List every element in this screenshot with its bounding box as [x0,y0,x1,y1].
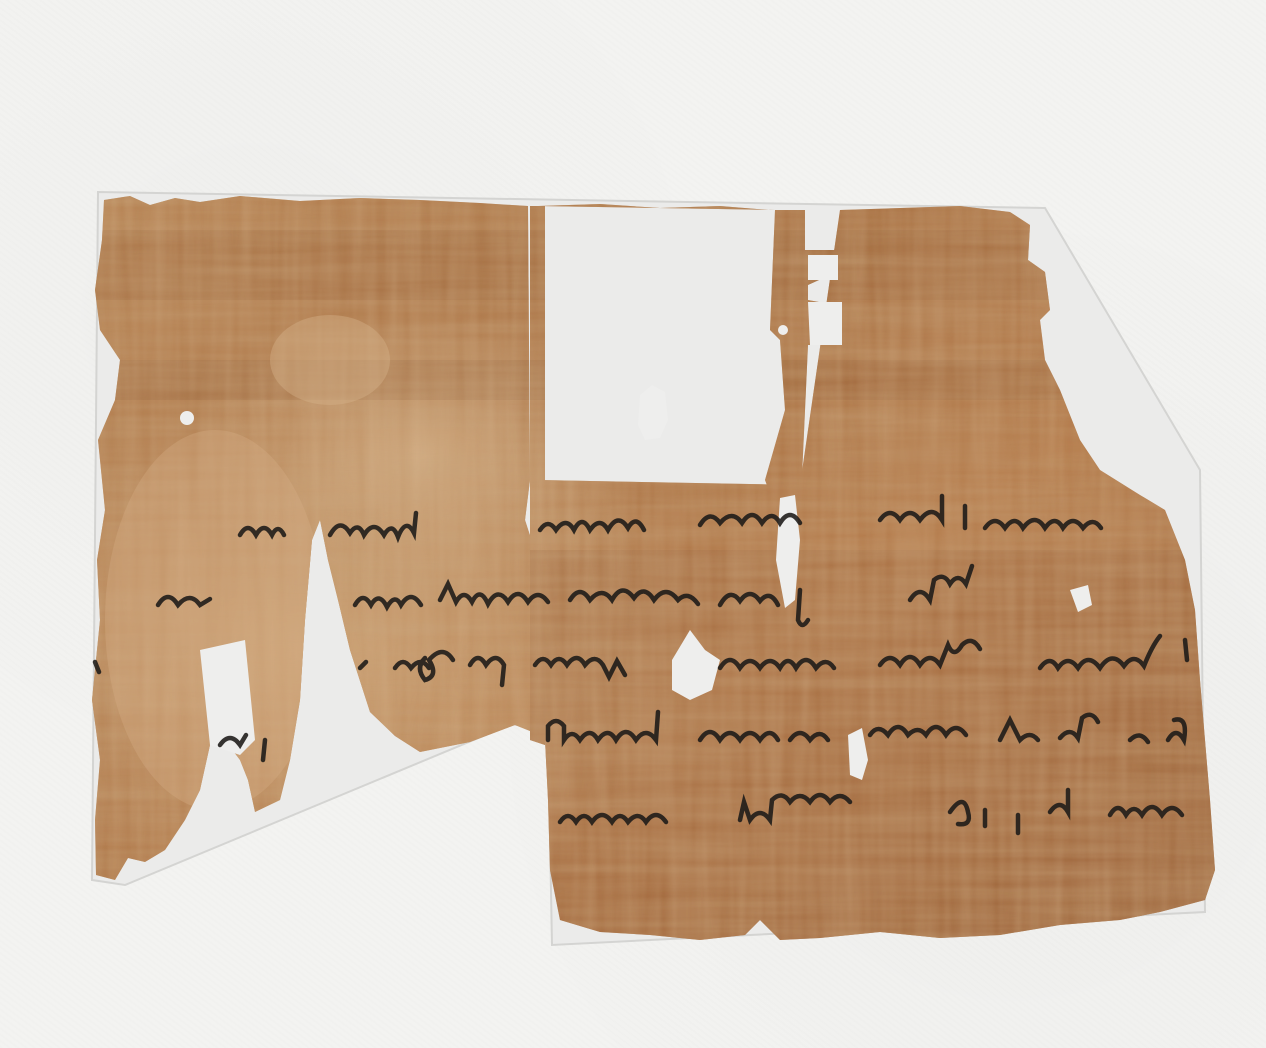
papyrus-fragment [0,0,1266,1048]
